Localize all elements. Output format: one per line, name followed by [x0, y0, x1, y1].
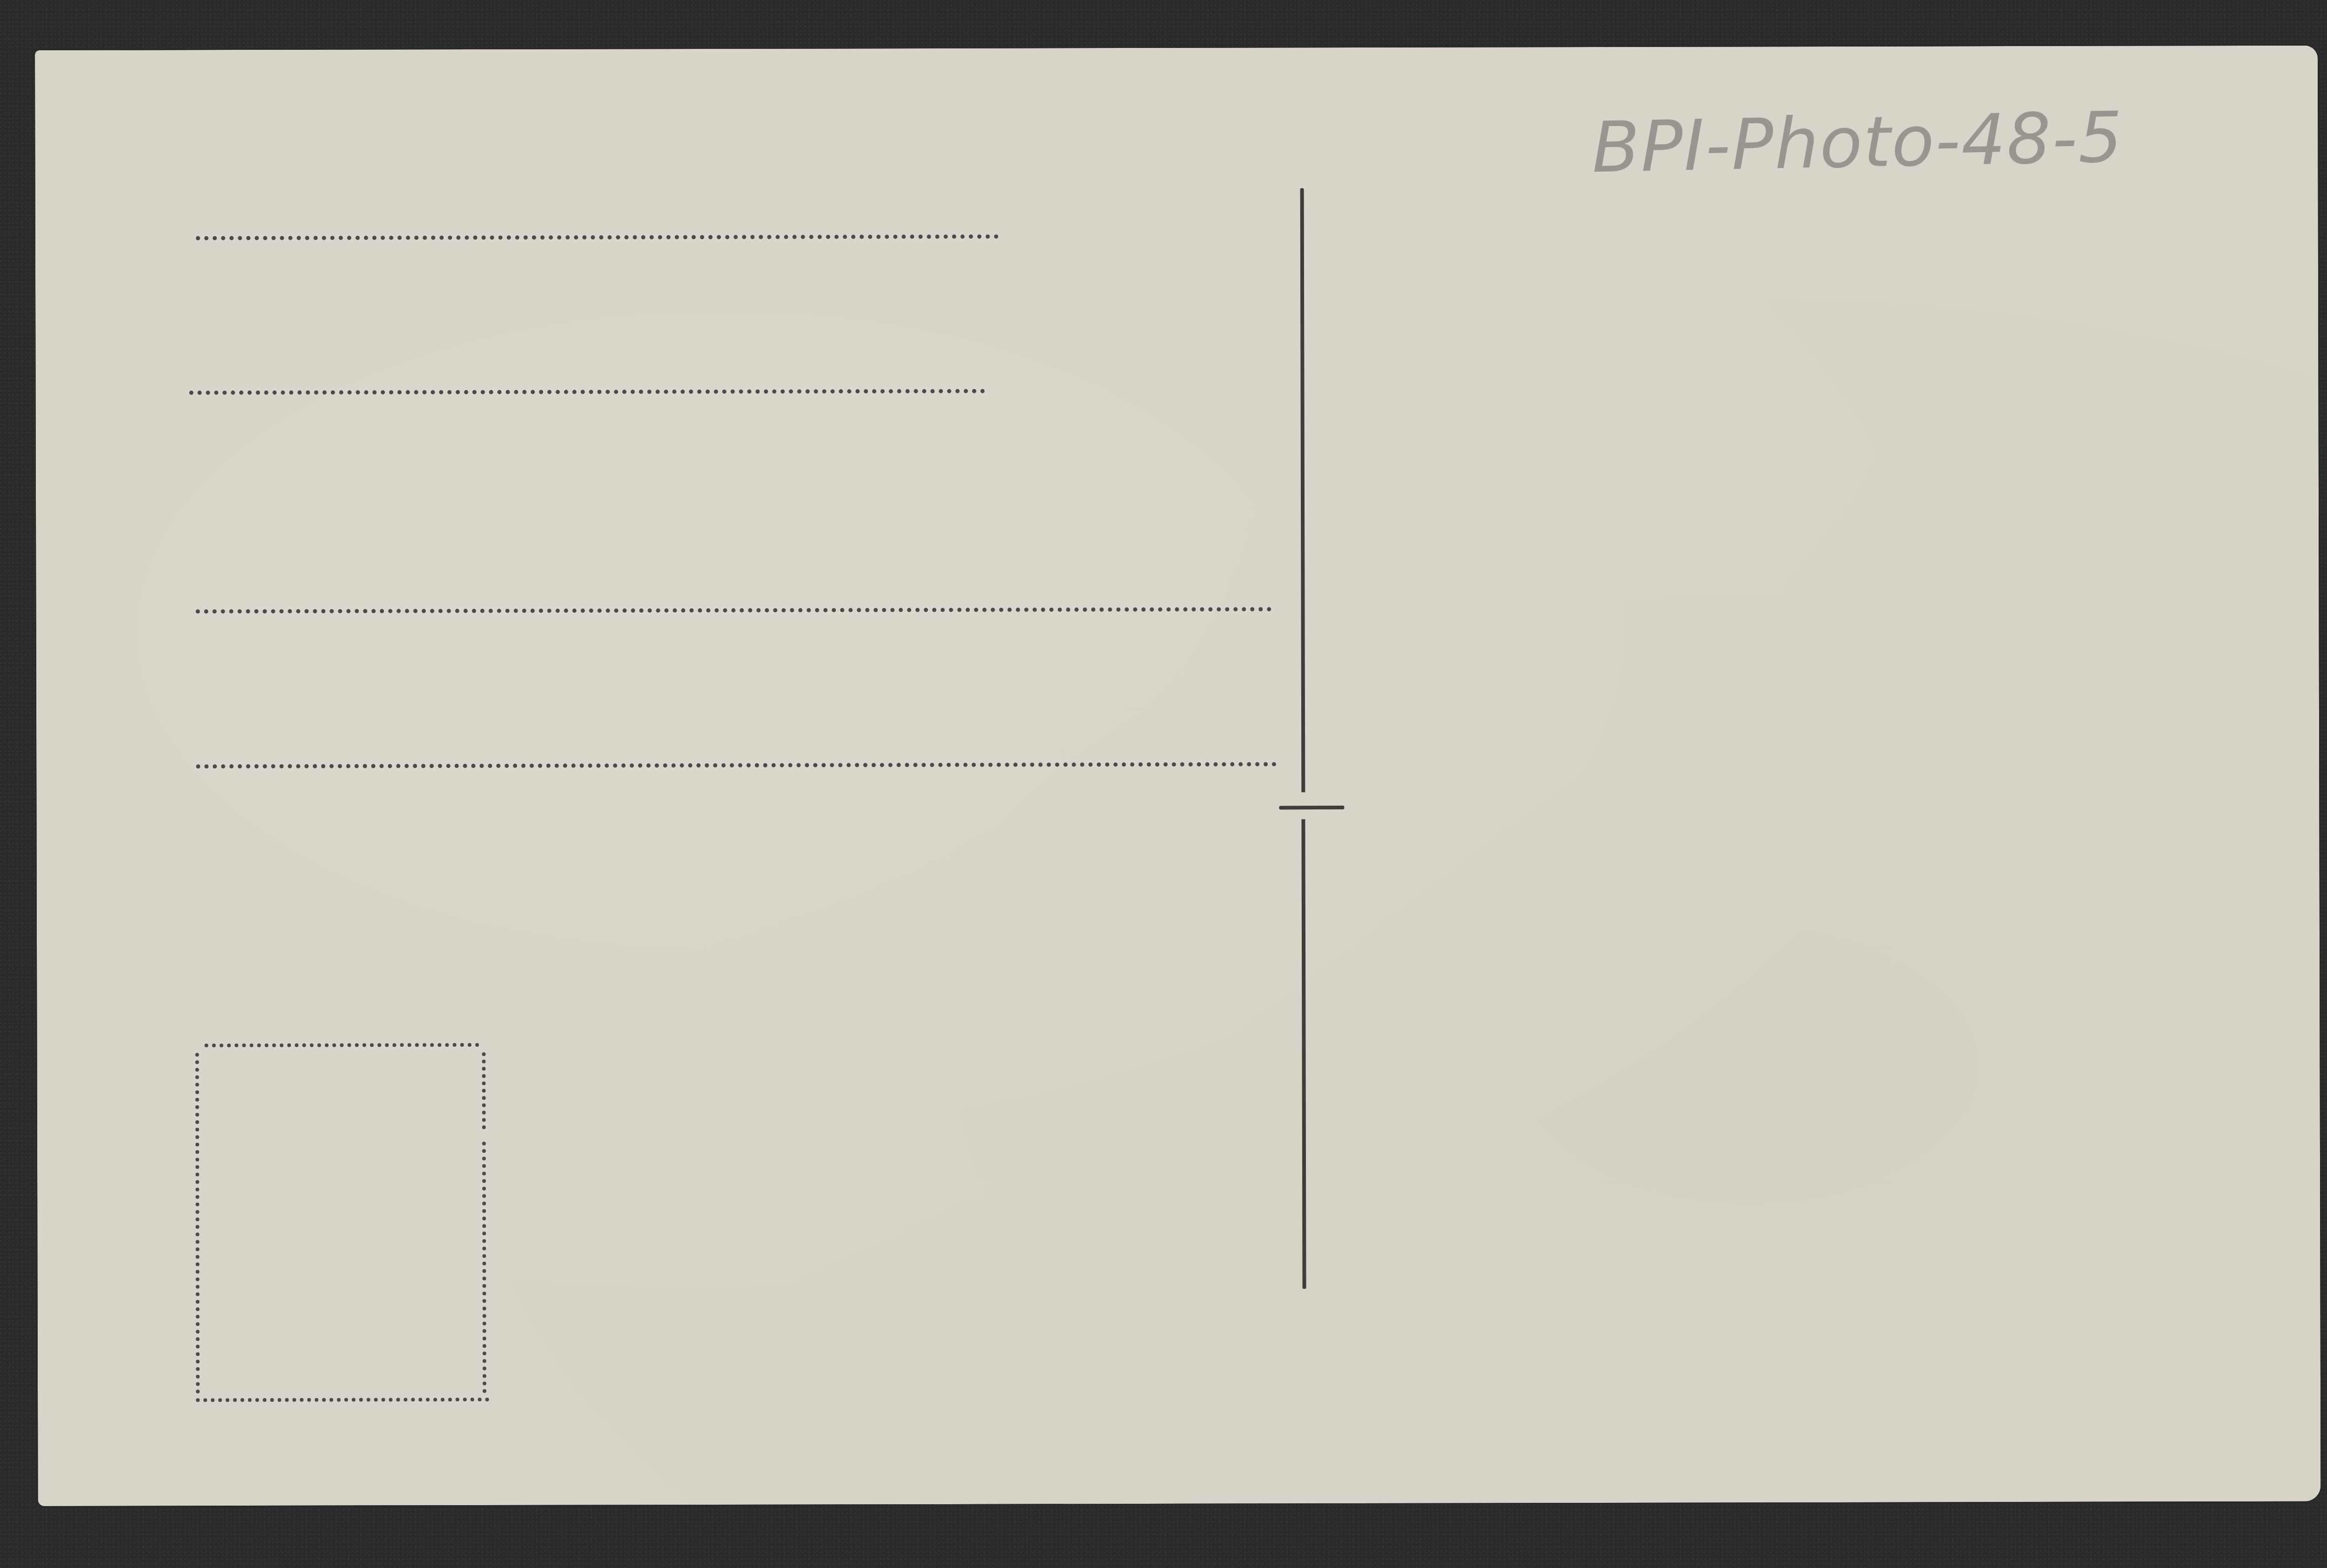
address-line-1	[196, 235, 999, 241]
stamp-box-right-edge-lower	[482, 1142, 486, 1393]
address-line-3	[196, 607, 1272, 613]
stamp-box-top-edge	[204, 1043, 479, 1047]
postcard-back: BPI-Photo-48-5	[35, 46, 2321, 1506]
address-line-4	[196, 762, 1277, 768]
stamp-box-bottom-edge	[196, 1398, 489, 1402]
address-line-2	[189, 389, 985, 395]
stamp-box-right-edge-upper	[482, 1052, 486, 1129]
handwritten-catalog-label: BPI-Photo-48-5	[1591, 97, 2124, 188]
divider-cross-tick	[1279, 806, 1344, 809]
stamp-box-left-edge	[195, 1053, 200, 1393]
stamp-box	[195, 1043, 489, 1402]
center-divider-line	[1300, 188, 1306, 1289]
